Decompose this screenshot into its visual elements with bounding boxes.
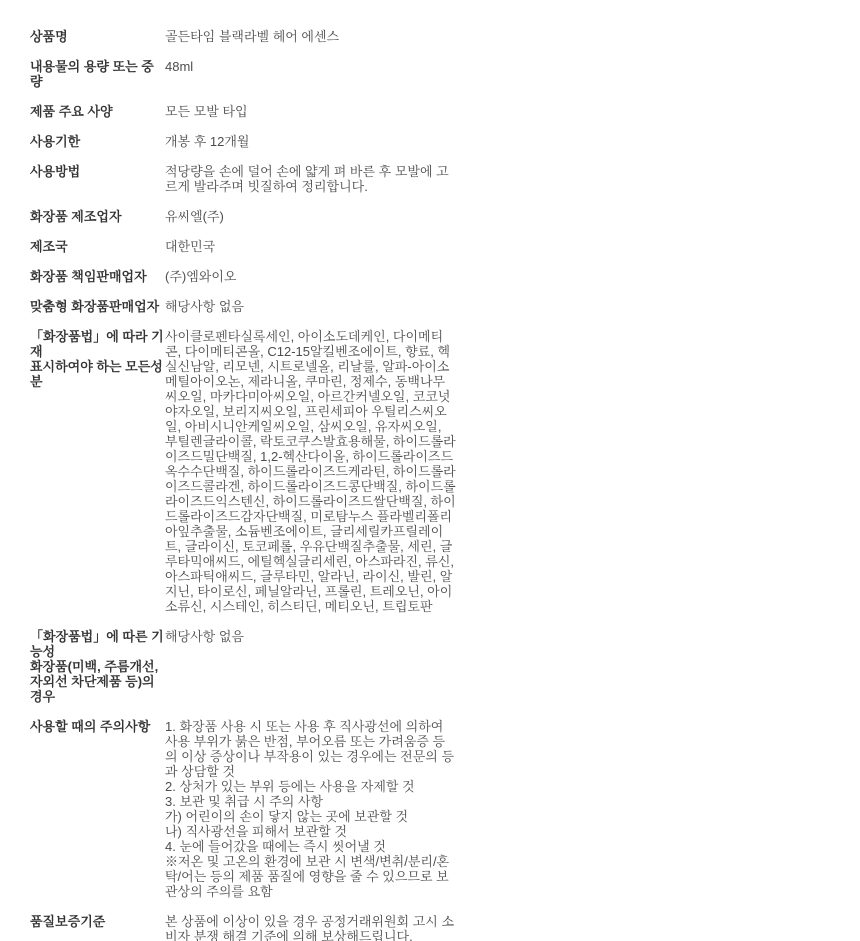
responsible-seller-label: 화장품 책임판매업자 [30, 269, 165, 284]
all-ingredients-value: 사이클로펜타실록세인, 아이소도데케인, 다이메티콘, 다이메티콘올, C12-… [165, 329, 457, 614]
row-volume: 내용물의 용량 또는 중량 48ml [30, 59, 470, 89]
row-functional-cosmetics: 「화장품법」에 따른 기능성 화장품(미백, 주름개선, 자외선 차단제품 등)… [30, 629, 470, 704]
row-expiration: 사용기한 개봉 후 12개월 [30, 134, 470, 149]
row-product-name: 상품명 골든타임 블랙라벨 헤어 에센스 [30, 29, 470, 44]
functional-cosmetics-label: 「화장품법」에 따른 기능성 화장품(미백, 주름개선, 자외선 차단제품 등)… [30, 629, 165, 704]
product-info-table: 상품명 골든타임 블랙라벨 헤어 에센스 내용물의 용량 또는 중량 48ml … [0, 0, 470, 941]
expiration-value: 개봉 후 12개월 [165, 134, 457, 149]
custom-cosmetics-seller-value: 해당사항 없음 [165, 299, 457, 314]
row-quality-guarantee: 품질보증기준 본 상품에 이상이 있을 경우 공정거래위원회 고시 소비자 분쟁… [30, 914, 470, 941]
usage-method-label: 사용방법 [30, 164, 165, 179]
precautions-label: 사용할 때의 주의사항 [30, 719, 165, 734]
row-responsible-seller: 화장품 책임판매업자 (주)엠와이오 [30, 269, 470, 284]
volume-value: 48ml [165, 59, 457, 74]
product-name-label: 상품명 [30, 29, 165, 44]
volume-label: 내용물의 용량 또는 중량 [30, 59, 165, 89]
row-manufacturer: 화장품 제조업자 유씨엘(주) [30, 209, 470, 224]
quality-guarantee-label: 품질보증기준 [30, 914, 165, 929]
product-spec-value: 모든 모발 타입 [165, 104, 457, 119]
country-of-origin-label: 제조국 [30, 239, 165, 254]
responsible-seller-value: (주)엠와이오 [165, 269, 457, 284]
usage-method-value: 적당량을 손에 덜어 손에 얇게 펴 바른 후 모발에 고르게 발라주며 빗질하… [165, 164, 457, 194]
row-all-ingredients: 「화장품법」에 따라 기재 표시하여야 하는 모든성분 사이클로펜타실록세인, … [30, 329, 470, 614]
custom-cosmetics-seller-label: 맞춤형 화장품판매업자 [30, 299, 165, 314]
expiration-label: 사용기한 [30, 134, 165, 149]
row-country-of-origin: 제조국 대한민국 [30, 239, 470, 254]
functional-cosmetics-value: 해당사항 없음 [165, 629, 457, 644]
row-usage-method: 사용방법 적당량을 손에 덜어 손에 얇게 펴 바른 후 모발에 고르게 발라주… [30, 164, 470, 194]
row-product-spec: 제품 주요 사양 모든 모발 타입 [30, 104, 470, 119]
manufacturer-label: 화장품 제조업자 [30, 209, 165, 224]
country-of-origin-value: 대한민국 [165, 239, 457, 254]
product-name-value: 골든타임 블랙라벨 헤어 에센스 [165, 29, 457, 44]
manufacturer-value: 유씨엘(주) [165, 209, 457, 224]
product-spec-label: 제품 주요 사양 [30, 104, 165, 119]
precautions-value: 1. 화장품 사용 시 또는 사용 후 직사광선에 의하여 사용 부위가 붉은 … [165, 719, 457, 899]
quality-guarantee-value: 본 상품에 이상이 있을 경우 공정거래위원회 고시 소비자 분쟁 해결 기준에… [165, 914, 457, 941]
all-ingredients-label: 「화장품법」에 따라 기재 표시하여야 하는 모든성분 [30, 329, 165, 389]
row-custom-cosmetics-seller: 맞춤형 화장품판매업자 해당사항 없음 [30, 299, 470, 314]
row-precautions: 사용할 때의 주의사항 1. 화장품 사용 시 또는 사용 후 직사광선에 의하… [30, 719, 470, 899]
